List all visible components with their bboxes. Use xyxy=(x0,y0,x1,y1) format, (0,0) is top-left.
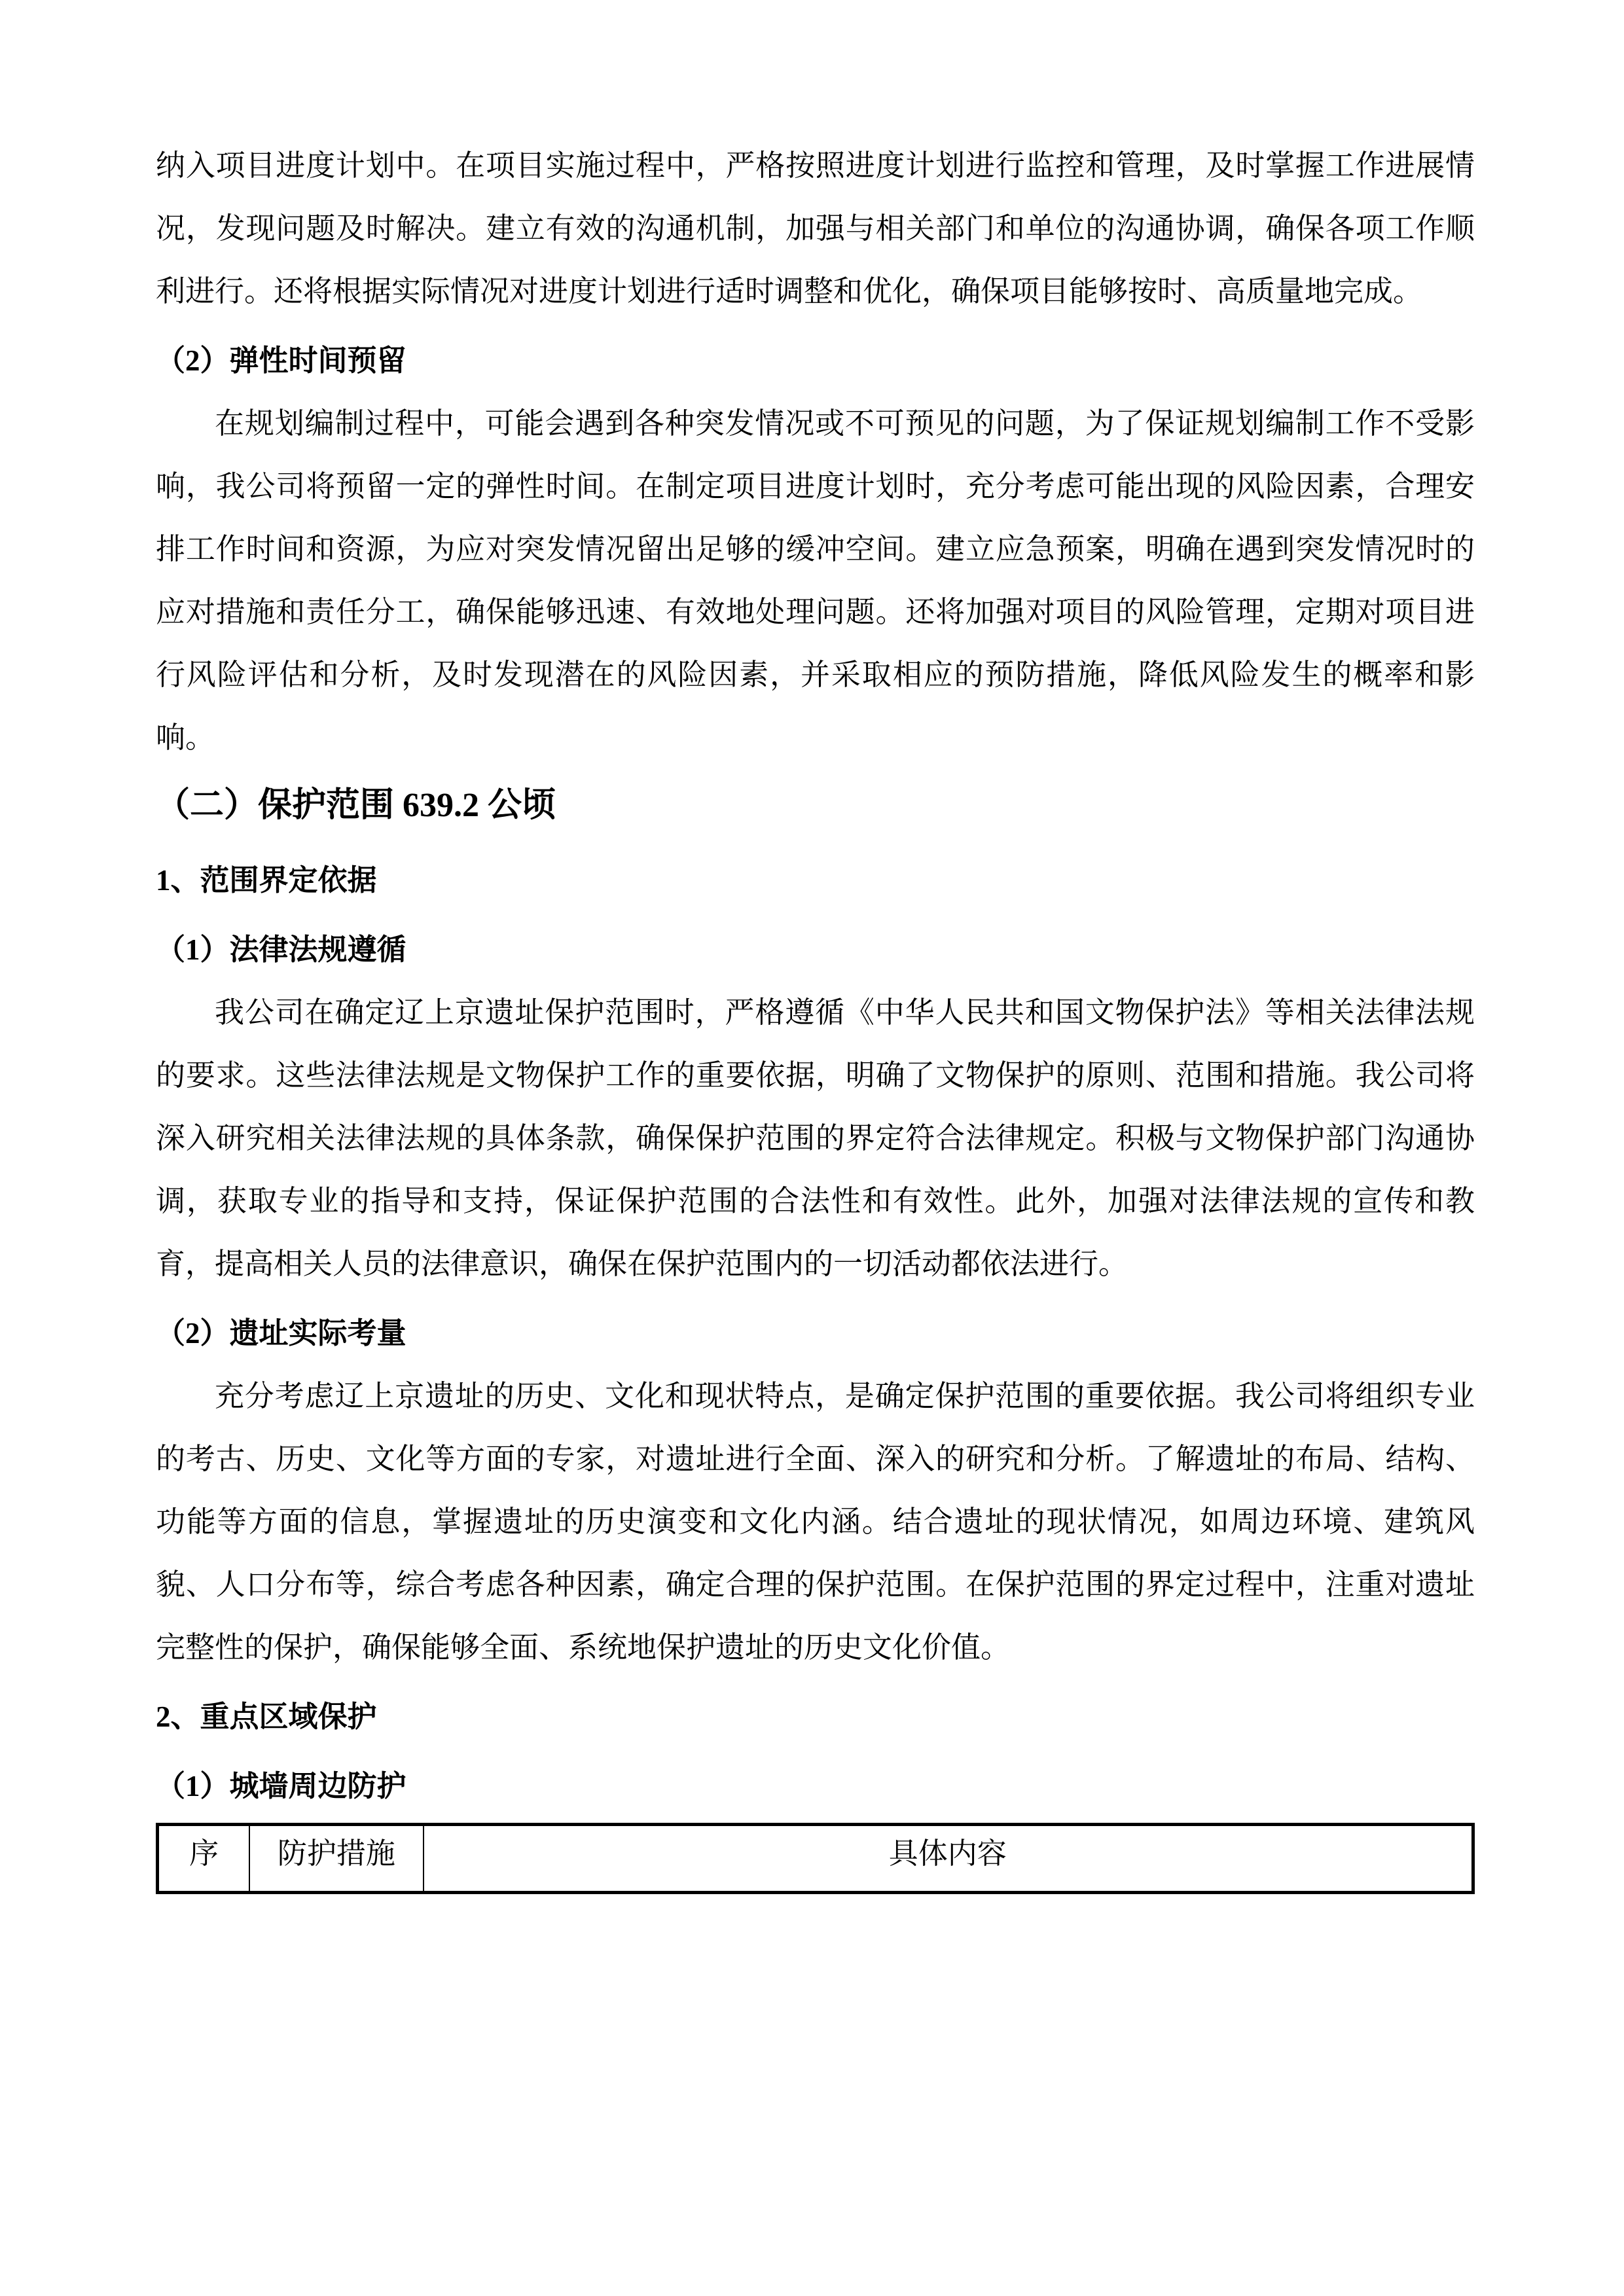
heading-site-consideration: （2）遗址实际考量 xyxy=(156,1302,1475,1365)
document-page: 纳入项目进度计划中。在项目实施过程中，严格按照进度计划进行监控和管理，及时掌握工… xyxy=(0,0,1624,2296)
heading-chapter-protection-scope: （二）保护范围 639.2 公顷 xyxy=(156,769,1475,842)
table-header-seq: 序 xyxy=(158,1825,250,1893)
heading-law-compliance: （1）法律法规遵循 xyxy=(156,918,1475,981)
table-header-measure: 防护措施 xyxy=(249,1825,423,1893)
protection-measures-table: 序 防护措施 具体内容 xyxy=(156,1823,1475,1894)
heading-elastic-time-reserve: （2）弹性时间预留 xyxy=(156,329,1475,392)
table-header-content: 具体内容 xyxy=(424,1825,1473,1893)
heading-scope-definition-basis: 1、范围界定依据 xyxy=(156,849,1475,912)
paragraph-schedule-control: 纳入项目进度计划中。在项目实施过程中，严格按照进度计划进行监控和管理，及时掌握工… xyxy=(156,134,1475,323)
paragraph-law-compliance: 我公司在确定辽上京遗址保护范围时，严格遵循《中华人民共和国文物保护法》等相关法律… xyxy=(156,981,1475,1295)
paragraph-site-consideration: 充分考虑辽上京遗址的历史、文化和现状特点，是确定保护范围的重要依据。我公司将组织… xyxy=(156,1365,1475,1679)
heading-key-area-protection: 2、重点区域保护 xyxy=(156,1685,1475,1748)
heading-wall-perimeter-protection: （1）城墙周边防护 xyxy=(156,1755,1475,1818)
paragraph-elastic-time: 在规划编制过程中，可能会遇到各种突发情况或不可预见的问题，为了保证规划编制工作不… xyxy=(156,392,1475,769)
table-header-row: 序 防护措施 具体内容 xyxy=(158,1825,1473,1893)
